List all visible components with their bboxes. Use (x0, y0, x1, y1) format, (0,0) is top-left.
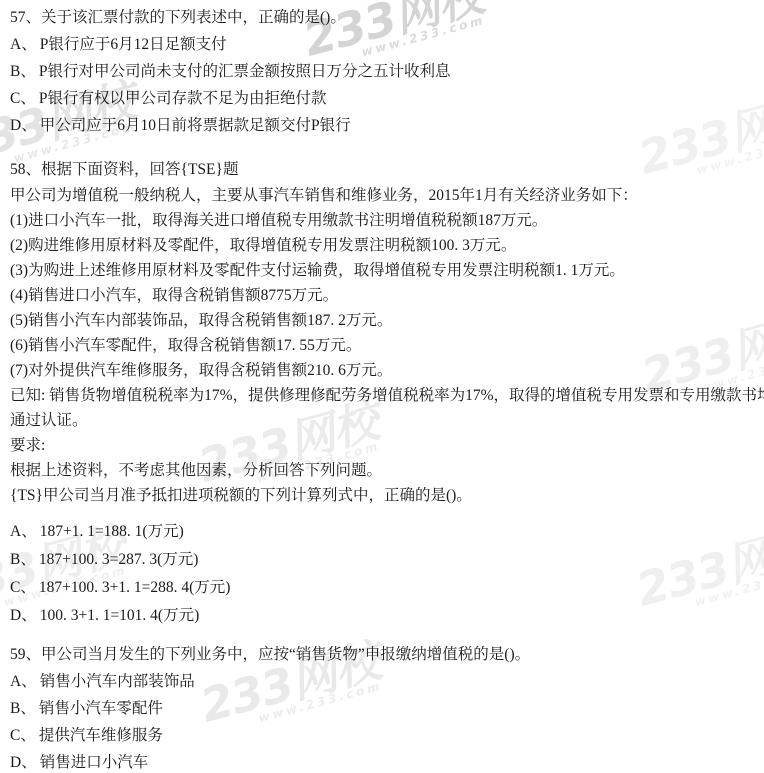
option-text: 提供汽车维修服务 (39, 727, 163, 744)
option-text: 187+100. 3=287. 3(万元) (39, 551, 199, 568)
q58-option-c: C、187+100. 3+1. 1=288. 4(万元) (10, 574, 756, 602)
option-letter: B、 (10, 63, 36, 80)
q58-material-known-wrap: 通过认证。 (10, 408, 756, 433)
option-text: 销售进口小汽车 (40, 754, 149, 771)
document-page: 233网校 www.233.com 233网校 www.233.com 233网… (0, 0, 764, 773)
section-gap (10, 139, 756, 157)
q58-number: 58、 (10, 161, 41, 178)
q58-material-intro: 甲公司为增值税一般纳税人，主要从事汽车销售和维修业务，2015年1月有关经济业务… (10, 183, 756, 208)
option-text: P银行对甲公司尚未支付的汇票金额按照日万分之五计收利息 (39, 63, 451, 80)
section-gap (10, 630, 756, 642)
q58-material-item-2: (2)购进维修用原材料及零配件，取得增值税专用发票注明税额100. 3万元。 (10, 233, 756, 258)
option-letter: B、 (10, 551, 36, 568)
q57-option-b: B、P银行对甲公司尚未支付的汇票金额按照日万分之五计收利息 (10, 58, 756, 85)
q57-number: 57、 (10, 9, 41, 26)
q57-title-text: 关于该汇票付款的下列表述中，正确的是()。 (41, 9, 346, 26)
option-letter: D、 (10, 754, 37, 771)
q58-material-item-5: (5)销售小汽车内部装饰品，取得含税销售额187. 2万元。 (10, 308, 756, 333)
q59-option-a: A、销售小汽车内部装饰品 (10, 668, 756, 695)
q58-subquestion-ts: {TS}甲公司当月准予抵扣进项税额的下列计算列式中，正确的是()。 (10, 483, 756, 508)
q58-title: 58、根据下面资料，回答{TSE}题 (10, 157, 756, 183)
option-text: P银行有权以甲公司存款不足为由拒绝付款 (39, 90, 327, 107)
option-text: 187+1. 1=188. 1(万元) (40, 523, 184, 540)
option-text: 甲公司应于6月10日前将票据款足额交付P银行 (40, 117, 351, 134)
q58-option-a: A、187+1. 1=188. 1(万元) (10, 518, 756, 546)
option-letter: A、 (10, 523, 37, 540)
q58-title-text: 根据下面资料，回答{TSE}题 (41, 161, 238, 178)
q58-material-item-4: (4)销售进口小汽车，取得含税销售额8775万元。 (10, 283, 756, 308)
q59-option-d: D、销售进口小汽车 (10, 749, 756, 773)
q57-option-c: C、P银行有权以甲公司存款不足为由拒绝付款 (10, 85, 756, 112)
q58-material-known: 已知: 销售货物增值税税率为17%，提供修理修配劳务增值税税率为17%，取得的增… (10, 383, 756, 408)
q58-material-item-3: (3)为购进上述维修用原材料及零配件支付运输费，取得增值税专用发票注明税额1. … (10, 258, 756, 283)
option-letter: C、 (10, 727, 36, 744)
q58-option-d: D、100. 3+1. 1=101. 4(万元) (10, 602, 756, 630)
option-text: 销售小汽车内部装饰品 (40, 673, 195, 690)
option-letter: C、 (10, 90, 36, 107)
q57-option-d: D、甲公司应于6月10日前将票据款足额交付P银行 (10, 112, 756, 139)
q59-title: 59、甲公司当月发生的下列业务中，应按“销售货物”申报缴纳增值税的是()。 (10, 642, 756, 668)
option-text: P银行应于6月12日足额支付 (40, 36, 227, 53)
option-text: 100. 3+1. 1=101. 4(万元) (40, 607, 200, 624)
q59-title-text: 甲公司当月发生的下列业务中，应按“销售货物”申报缴纳增值税的是()。 (41, 646, 530, 663)
question-text-block: 57、关于该汇票付款的下列表述中，正确的是()。 A、P银行应于6月12日足额支… (0, 0, 764, 773)
q58-material-item-6: (6)销售小汽车零配件，取得含税销售额17. 55万元。 (10, 333, 756, 358)
q58-material-item-7: (7)对外提供汽车维修服务，取得含税销售额210. 6万元。 (10, 358, 756, 383)
q57-title: 57、关于该汇票付款的下列表述中，正确的是()。 (10, 5, 756, 31)
option-letter: D、 (10, 117, 37, 134)
option-text: 销售小汽车零配件 (39, 700, 163, 717)
q58-material-require: 要求: (10, 433, 756, 458)
option-letter: A、 (10, 36, 37, 53)
option-letter: A、 (10, 673, 37, 690)
option-letter: C、 (10, 579, 36, 596)
q58-material-item-1: (1)进口小汽车一批，取得海关进口增值税专用缴款书注明增值税税额187万元。 (10, 208, 756, 233)
q58-material-instruction: 根据上述资料，不考虑其他因素，分析回答下列问题。 (10, 458, 756, 483)
option-letter: D、 (10, 607, 37, 624)
option-letter: B、 (10, 700, 36, 717)
option-text: 187+100. 3+1. 1=288. 4(万元) (39, 579, 231, 596)
options-gap (10, 508, 756, 518)
q59-option-b: B、销售小汽车零配件 (10, 695, 756, 722)
q59-number: 59、 (10, 646, 41, 663)
q58-option-b: B、187+100. 3=287. 3(万元) (10, 546, 756, 574)
q57-option-a: A、P银行应于6月12日足额支付 (10, 31, 756, 58)
q59-option-c: C、提供汽车维修服务 (10, 722, 756, 749)
